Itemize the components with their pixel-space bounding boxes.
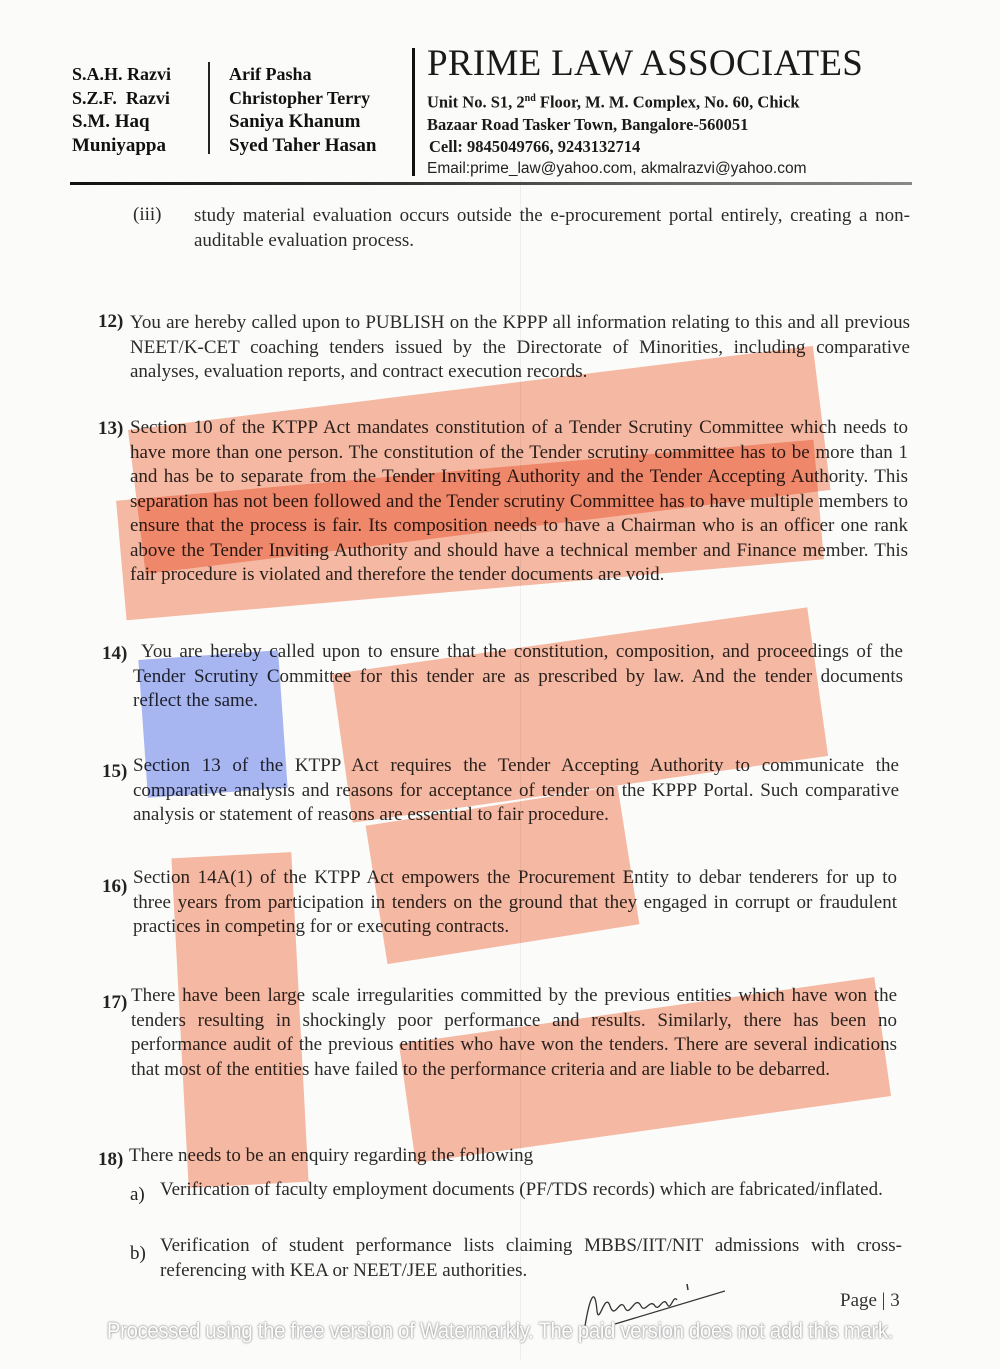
- watermark-text: Processed using the free version of Wate…: [40, 1318, 960, 1344]
- paragraph-iii: study material evaluation occurs outside…: [194, 204, 910, 253]
- firm-name: PRIME LAW ASSOCIATES: [427, 40, 863, 88]
- subitem-label: a): [130, 1184, 145, 1206]
- partner-name: Muniyappa: [72, 134, 171, 158]
- paragraph-14: You are hereby called upon to ensure tha…: [133, 640, 903, 714]
- address-line-1: Unit No. S1, 2nd Floor, M. M. Complex, N…: [427, 88, 807, 114]
- paragraph-17: There have been large scale irregulariti…: [131, 984, 897, 1082]
- item-number: 17): [102, 992, 127, 1014]
- item-label: (iii): [133, 204, 162, 226]
- firm-email: Email:prime_law@yahoo.com, akmalrazvi@ya…: [427, 158, 807, 180]
- header-divider: [208, 62, 210, 154]
- partner-name: S.A.H. Razvi: [72, 62, 171, 86]
- header-divider-thick: [412, 48, 415, 176]
- subitem-b: Verification of student performance list…: [160, 1234, 902, 1283]
- paragraph-12: You are hereby called upon to PUBLISH on…: [130, 311, 910, 385]
- paragraph-15: Section 13 of the KTPP Act requires the …: [133, 754, 899, 828]
- partner-name: Arif Pasha: [229, 62, 376, 86]
- partner-name: Saniya Khanum: [229, 110, 376, 134]
- partner-name: S.Z.F. Razvi: [72, 86, 171, 110]
- subitem-a: Verification of faculty employment docum…: [160, 1178, 900, 1203]
- subitem-label: b): [130, 1243, 146, 1265]
- item-number: 15): [102, 761, 127, 783]
- document-page: S.A.H. Razvi S.Z.F. Razvi S.M. Haq Muniy…: [0, 0, 1000, 1369]
- item-number: 16): [102, 876, 127, 898]
- firm-address: Unit No. S1, 2nd Floor, M. M. Complex, N…: [427, 88, 807, 180]
- item-number: 14): [102, 643, 127, 665]
- partner-name: S.M. Haq: [72, 110, 171, 134]
- item-number: 12): [98, 311, 123, 333]
- partners-left-list: S.A.H. Razvi S.Z.F. Razvi S.M. Haq Muniy…: [72, 62, 171, 158]
- header-rule: [70, 182, 912, 185]
- firm-phone: Cell: 9845049766, 9243132714: [427, 136, 807, 158]
- paragraph-18: There needs to be an enquiry regarding t…: [129, 1144, 829, 1169]
- item-number: 13): [98, 418, 123, 440]
- partner-name: Syed Taher Hasan: [229, 134, 376, 158]
- item-number: 18): [98, 1149, 123, 1171]
- page-number: Page | 3: [840, 1290, 900, 1312]
- partner-name: Christopher Terry: [229, 86, 376, 110]
- paragraph-16: Section 14A(1) of the KTPP Act empowers …: [133, 866, 897, 940]
- address-line-2: Bazaar Road Tasker Town, Bangalore-56005…: [427, 114, 807, 136]
- partners-right-list: Arif Pasha Christopher Terry Saniya Khan…: [229, 62, 376, 158]
- paragraph-13: Section 10 of the KTPP Act mandates cons…: [130, 416, 908, 588]
